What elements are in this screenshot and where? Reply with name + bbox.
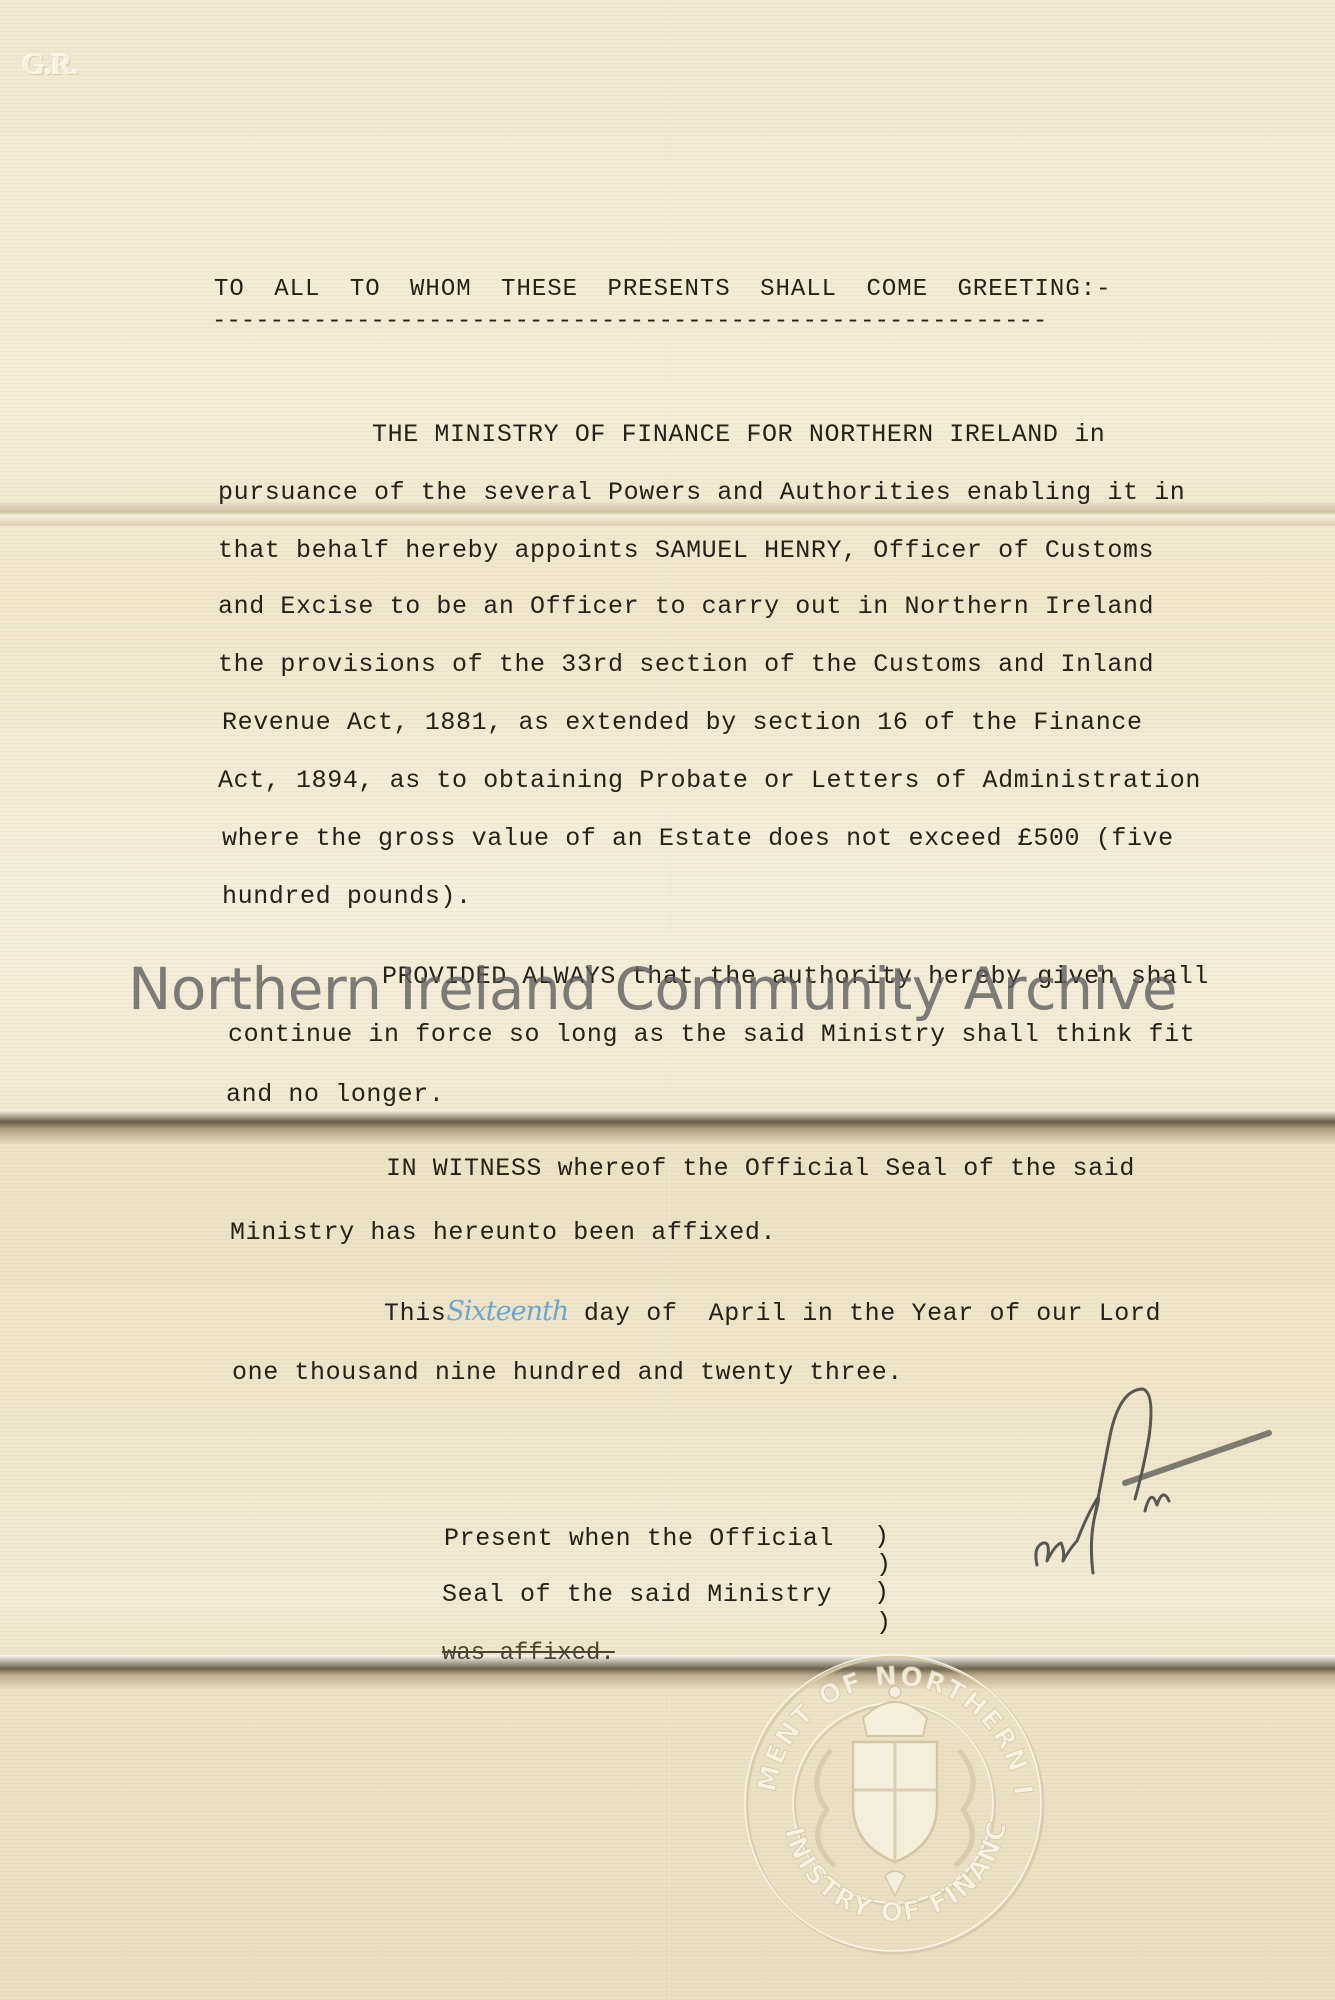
- handwritten-signature: [1025, 1375, 1285, 1595]
- paragraph-line: continue in force so long as the said Mi…: [228, 1020, 1195, 1049]
- paper-crease: [0, 1655, 1335, 1689]
- paragraph-line: PROVIDED ALWAYS that the authority hereb…: [382, 962, 1209, 991]
- paragraph-line: the provisions of the 33rd section of th…: [218, 650, 1154, 679]
- bracket: ): [876, 1608, 891, 1637]
- date-suffix: day of April in the Year of our Lord: [568, 1299, 1161, 1328]
- paragraph-line: Revenue Act, 1881, as extended by sectio…: [222, 708, 1143, 737]
- paragraph-line: THE MINISTRY OF FINANCE FOR NORTHERN IRE…: [372, 420, 1105, 449]
- paragraph-line: hundred pounds).: [222, 882, 472, 911]
- paragraph-line: pursuance of the several Powers and Auth…: [218, 478, 1185, 507]
- document-heading: TO ALL TO WHOM THESE PRESENTS SHALL COME…: [214, 276, 1112, 303]
- paragraph-line: and no longer.: [226, 1080, 444, 1109]
- paragraph-line: and Excise to be an Officer to carry out…: [218, 592, 1154, 621]
- paragraph-line: Ministry has hereunto been affixed.: [230, 1218, 776, 1247]
- attestation-line: Present when the Official: [444, 1524, 834, 1553]
- attestation-line: was affixed.: [442, 1640, 615, 1667]
- date-line-year: one thousand nine hundred and twenty thr…: [232, 1358, 903, 1387]
- paragraph-line: IN WITNESS whereof the Official Seal of …: [386, 1154, 1135, 1183]
- embossed-gr-mark: G.R.: [22, 48, 78, 82]
- paragraph-line: Act, 1894, as to obtaining Probate or Le…: [218, 766, 1201, 795]
- embossed-ministry-seal: GOVERNMENT OF NORTHERN IRELAND MINISTRY …: [735, 1640, 1055, 1970]
- paragraph-line: where the gross value of an Estate does …: [222, 824, 1174, 853]
- paragraph-line: that behalf hereby appoints SAMUEL HENRY…: [218, 536, 1154, 565]
- paper-crease: [0, 1110, 1335, 1144]
- handwritten-day: Sixteenth: [446, 1296, 568, 1327]
- date-line: ThisSixteenth day of April in the Year o…: [384, 1296, 1161, 1328]
- date-prefix: This: [384, 1299, 446, 1328]
- attestation-line: Seal of the said Ministry: [442, 1580, 832, 1609]
- bracket: ): [876, 1550, 891, 1579]
- bracket: ): [874, 1522, 889, 1551]
- bracket: ): [874, 1578, 889, 1607]
- heading-rule: ----------------------------------------…: [212, 308, 1047, 335]
